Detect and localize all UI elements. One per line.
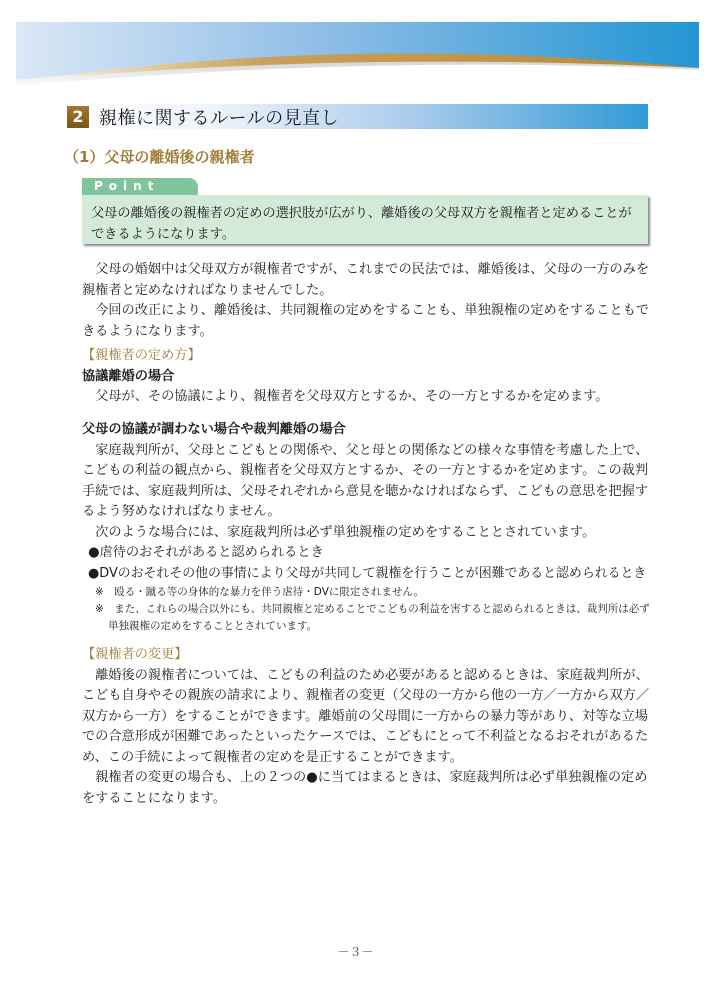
bullet-item: ●DVのおそれその他の事情により父母が共同して親権を行うことが困難であると認めら… (82, 564, 652, 585)
point-box: 父母の離婚後の親権者の定めの選択肢が広がり、離婚後の父母双方を親権者と定めること… (82, 195, 648, 244)
section-header: 2 親権に関するルールの見直し (64, 104, 648, 129)
note-text: ※ また、これらの場合以外にも、共同親権と定めることでこどもの利益を害すると認め… (95, 601, 652, 635)
intro-paragraph: 父母の婚姻中は父母双方が親権者ですが、これまでの民法では、離婚後は、父母の一方の… (82, 260, 652, 301)
determination-heading: 【親権者の定め方】 (82, 346, 652, 367)
point-label: Point (82, 178, 198, 195)
section-title: 親権に関するルールの見直し (99, 104, 339, 130)
header-banner (16, 22, 699, 84)
page-number: －３－ (0, 943, 711, 960)
court-section: 父母の協議が調わない場合や裁判離婚の場合 家庭裁判所が、父母とこどもとの関係や、… (82, 420, 652, 635)
determination-section: 【親権者の定め方】 協議離婚の場合 父母が、その協議により、親権者を父母双方とす… (82, 346, 652, 408)
sole-custody-intro: 次のような場合には、家庭裁判所は必ず単独親権の定めをすることとされています。 (82, 523, 652, 544)
subsection-title: （1）父母の離婚後の親権者 (64, 146, 254, 167)
court-heading: 父母の協議が調わない場合や裁判離婚の場合 (82, 420, 652, 441)
court-text: 家庭裁判所が、父母とこどもとの関係や、父と母との関係などの様々な事情を考慮した上… (82, 441, 652, 523)
change-heading: 【親権者の変更】 (82, 645, 652, 666)
change-section: 【親権者の変更】 離婚後の親権者については、こどもの利益のため必要があると認める… (82, 645, 652, 809)
change-paragraph: 親権者の変更の場合も、上の２つの●に当てはまるときは、家庭裁判所は必ず単独親権の… (82, 768, 652, 809)
intro-section: 父母の婚姻中は父母双方が親権者ですが、これまでの民法では、離婚後は、父母の一方の… (82, 260, 652, 342)
note-item: ※ また、これらの場合以外にも、共同親権と定めることでこどもの利益を害すると認め… (82, 601, 652, 635)
agreement-text: 父母が、その協議により、親権者を父母双方とするか、その一方とするかを定めます。 (82, 387, 652, 408)
note-item: ※ 殴る・蹴る等の身体的な暴力を伴う虐待・DVに限定されません。 (82, 584, 652, 601)
change-paragraph: 離婚後の親権者については、こどもの利益のため必要があると認めるときは、家庭裁判所… (82, 666, 652, 769)
intro-paragraph: 今回の改正により、離婚後は、共同親権の定めをすることも、単独親権の定めをすること… (82, 301, 652, 342)
agreement-heading: 協議離婚の場合 (82, 367, 652, 388)
bullet-item: ●虐待のおそれがあると認められるとき (82, 543, 652, 564)
section-number-badge: 2 (67, 106, 89, 128)
